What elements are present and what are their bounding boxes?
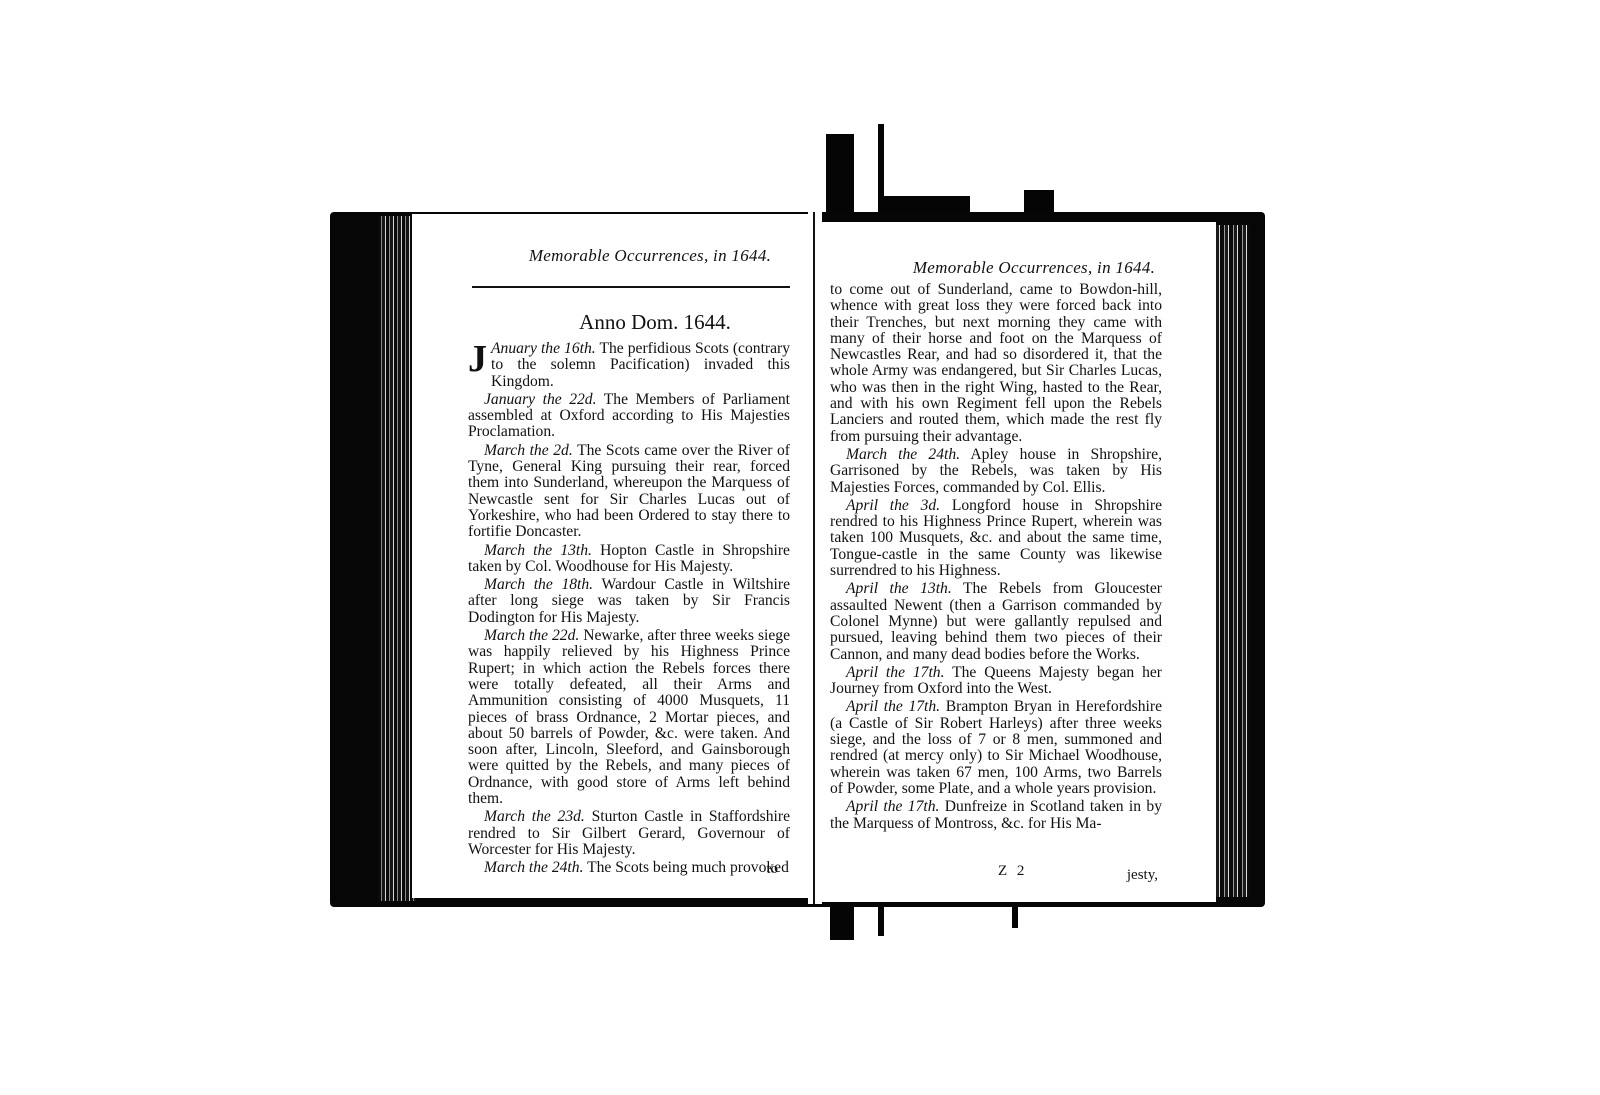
paragraph: March the 18th. Wardour Castle in Wiltsh… [468, 577, 790, 626]
entry-date: April the 17th. [846, 798, 939, 815]
entry-date: March the 18th. [484, 576, 593, 593]
section-title: Anno Dom. 1644. [412, 310, 808, 335]
entry-date: April the 17th. [846, 664, 944, 681]
drop-cap: J [468, 343, 487, 375]
paragraph: April the 17th. The Queens Majesty began… [830, 665, 1162, 698]
left-page-edges [378, 216, 416, 901]
scan-artifact [826, 134, 854, 214]
right-page: Memorable Occurrences, in 1644. to come … [822, 222, 1216, 902]
entry-date: January the 22d. [484, 391, 597, 408]
paragraph: March the 24th. The Scots being much pro… [468, 860, 790, 876]
running-head: Memorable Occurrences, in 1644. [412, 246, 808, 266]
entry-date: March the 24th. [846, 446, 960, 463]
signature-mark: Z 2 [998, 863, 1027, 880]
paragraph: March the 23d. Sturton Castle in Staffor… [468, 809, 790, 858]
entry-text: The Scots being much provoked [583, 859, 788, 876]
entry-date: March the 13th. [484, 542, 592, 559]
book-gutter [808, 212, 822, 904]
paragraph: March the 13th. Hopton Castle in Shropsh… [468, 543, 790, 576]
left-page: Memorable Occurrences, in 1644. Anno Dom… [412, 214, 808, 898]
catchword: to [766, 861, 778, 878]
paragraph: April the 17th. Brampton Bryan in Herefo… [830, 699, 1162, 797]
paragraph: January the 22d. The Members of Parliame… [468, 392, 790, 441]
entry-date: April the 13th. [846, 580, 952, 597]
entry-date: Anuary the 16th. [491, 340, 596, 357]
paragraph: March the 22d. Newarke, after three week… [468, 628, 790, 807]
page-body: to come out of Sunderland, came to Bowdo… [830, 282, 1162, 834]
running-head: Memorable Occurrences, in 1644. [822, 258, 1216, 278]
paragraph: to come out of Sunderland, came to Bowdo… [830, 282, 1162, 445]
header-rule [472, 286, 790, 288]
page-body: JAnuary the 16th. The perfidious Scots (… [468, 341, 790, 879]
entry-date: March the 22d. [484, 627, 579, 644]
paragraph: April the 3d. Longford house in Shropshi… [830, 498, 1162, 579]
paragraph: March the 2d. The Scots came over the Ri… [468, 443, 790, 541]
catchword: jesty, [1127, 867, 1158, 884]
entry-date: March the 2d. [484, 442, 573, 459]
paragraph: April the 13th. The Rebels from Gloucest… [830, 581, 1162, 662]
paragraph: April the 17th. Dunfreize in Scotland ta… [830, 799, 1162, 832]
scan-artifact [1024, 190, 1054, 214]
entry-date: March the 23d. [484, 808, 585, 825]
entry-date: March the 24th. [484, 859, 583, 876]
entry-date: April the 3d. [846, 497, 940, 514]
paragraph: JAnuary the 16th. The perfidious Scots (… [468, 341, 790, 390]
entry-text: to come out of Sunderland, came to Bowdo… [830, 281, 1162, 445]
right-page-edges [1216, 225, 1250, 897]
paragraph: March the 24th. Apley house in Shropshir… [830, 447, 1162, 496]
entry-text: Newarke, after three weeks siege was hap… [468, 627, 790, 807]
entry-date: April the 17th. [846, 698, 940, 715]
